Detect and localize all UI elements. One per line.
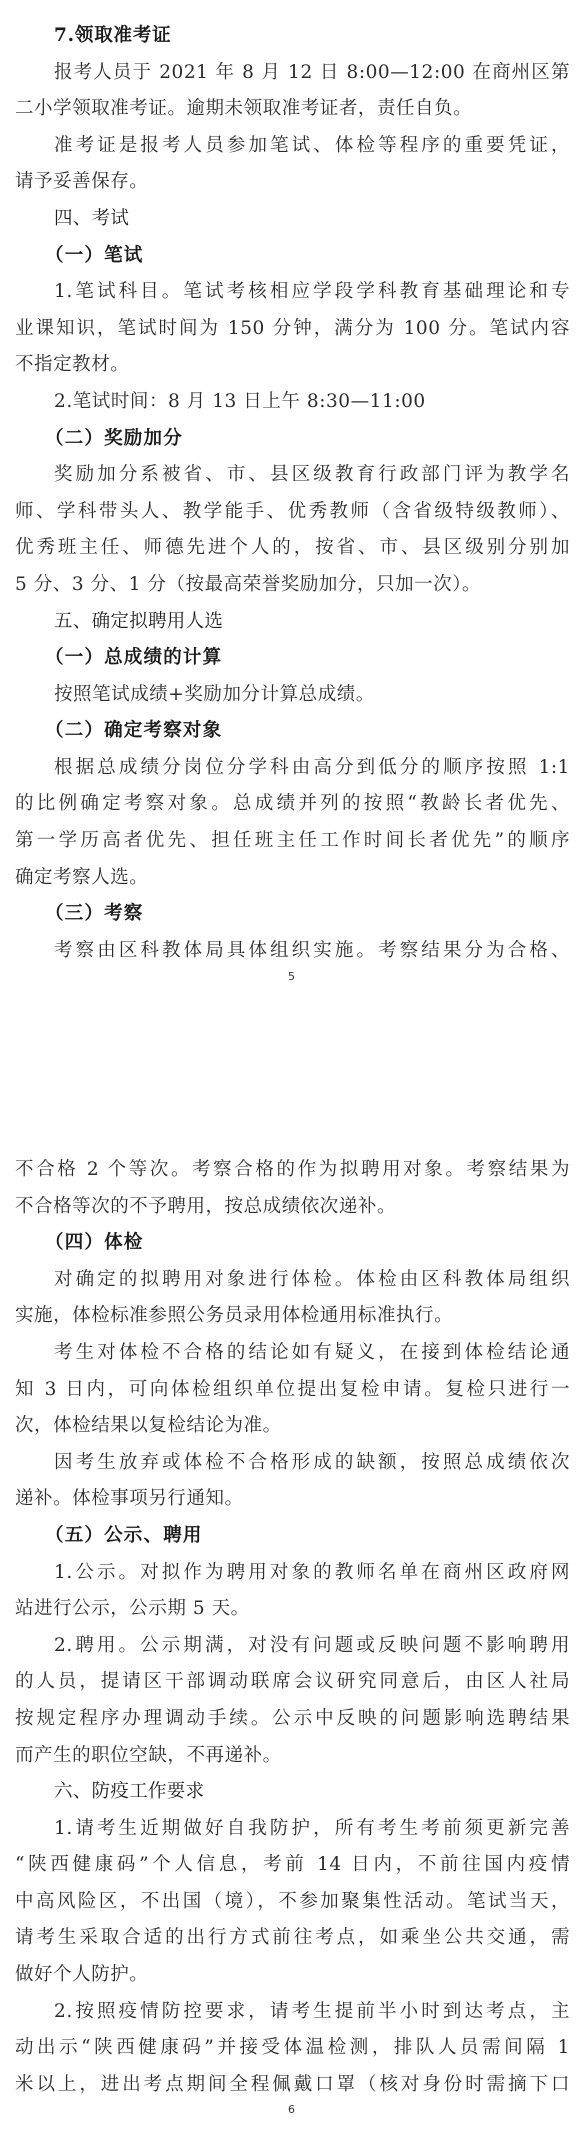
section-heading: 五、确定拟聘用人选 — [15, 604, 570, 641]
paragraph-line: 的比例确定考察对象。总成绩并列的按照“教龄长者优先、 — [15, 786, 570, 823]
section-item-title: 7.领取准考证 — [15, 18, 570, 55]
paragraph-line-first: 2.按照疫情防控要求，请考生提前半小时到达考点，主 — [15, 1994, 570, 2031]
paragraph-line-first: 奖励加分系被省、市、县区级教育行政部门评为教学名 — [15, 457, 570, 494]
paragraph-line-last: 二小学领取准考证。逾期未领取准考证者，责任自负。 — [15, 91, 570, 128]
section-heading: 四、考试 — [15, 201, 570, 238]
paragraph-line-first: 因考生放弃或体检不合格形成的缺额，按照总成绩依次 — [15, 1445, 570, 1482]
paragraph-line: 中高风险区，不出国（境），不参加聚集性活动。笔试当天， — [15, 1884, 570, 1921]
paragraph-line-last: 递补。体检事项另行通知。 — [15, 1481, 570, 1518]
paragraph-line-first: 考生对体检不合格的结论如有疑义，在接到体检结论通 — [15, 1335, 570, 1372]
paragraph-line: 动出示“陕西健康码”并接受体温检测，排队人员需间隔 1 — [15, 2030, 570, 2067]
paragraph-line: 2.笔试时间：8 月 13 日上午 8:30—11:00 — [15, 384, 570, 421]
paragraph-line-first: 准考证是报考人员参加笔试、体检等程序的重要凭证， — [15, 128, 570, 165]
subsection-heading: （四）体检 — [15, 1225, 570, 1262]
paragraph-line-last: 次，体检结果以复检结论为准。 — [15, 1408, 570, 1445]
paragraph-line-last: 请予妥善保存。 — [15, 164, 570, 201]
paragraph-line-last: 实施，体检标准参照公务员录用体检通用标准执行。 — [15, 1298, 570, 1335]
page-number: 6 — [0, 2103, 583, 2116]
paragraph-line: 按照笔试成绩+奖励加分计算总成绩。 — [15, 677, 570, 714]
paragraph-line-first: 2.聘用。公示期满，对没有问题或反映问题不影响聘用 — [15, 1628, 570, 1665]
paragraph-line: 的人员，提请区干部调动联席会议研究同意后，由区人社局 — [15, 1664, 570, 1701]
page-number: 5 — [0, 970, 583, 983]
subsection-heading: （五）公示、聘用 — [15, 1518, 570, 1555]
paragraph-line-first: 考察由区科教体局具体组织实施。考察结果分为合格、 — [15, 933, 570, 970]
subsection-heading: （一）笔试 — [15, 238, 570, 275]
paragraph-line-first: 1.公示。对拟作为聘用对象的教师名单在商州区政府网 — [15, 1555, 570, 1592]
paragraph-line: 请考生采取合适的出行方式前往考点，如乘坐公共交通，需 — [15, 1920, 570, 1957]
subsection-heading: （二）确定考察对象 — [15, 713, 570, 750]
paragraph-line: 优秀班主任、师德先进个人的，按省、市、县区级别分别加 — [15, 530, 570, 567]
subsection-heading: （三）考察 — [15, 896, 570, 933]
subsection-heading: （二）奖励加分 — [15, 421, 570, 458]
paragraph-line-first: 1.请考生近期做好自我防护，所有考生考前须更新完善 — [15, 1811, 570, 1848]
paragraph-line: 按规定程序办理调动手续。公示中反映的问题影响选聘结果 — [15, 1701, 570, 1738]
paragraph-line-last: 而产生的职位空缺，不再递补。 — [15, 1738, 570, 1775]
paragraph-line-last: 站进行公示，公示期 5 天。 — [15, 1591, 570, 1628]
page-content: 不合格 2 个等次。考察合格的作为拟聘用对象。考察结果为不合格等次的不予聘用，按… — [15, 1152, 570, 2103]
paragraph-line: 不合格 2 个等次。考察合格的作为拟聘用对象。考察结果为 — [15, 1152, 570, 1189]
paragraph-line-last: 不合格等次的不予聘用，按总成绩依次递补。 — [15, 1189, 570, 1226]
document-page-6: 不合格 2 个等次。考察合格的作为拟聘用对象。考察结果为不合格等次的不予聘用，按… — [0, 1065, 583, 2130]
paragraph-line: 师、学科带头人、教学能手、优秀教师（含省级特级教师）、 — [15, 494, 570, 531]
paragraph-line: 知 3 日内，可向体检组织单位提出复检申请。复检只进行一 — [15, 1372, 570, 1409]
paragraph-line-last: 做好个人防护。 — [15, 1957, 570, 1994]
paragraph-line: 业课知识，笔试时间为 150 分钟，满分为 100 分。笔试内容 — [15, 311, 570, 348]
section-heading: 六、防疫工作要求 — [15, 1774, 570, 1811]
paragraph-line-last: 5 分、3 分、1 分（按最高荣誉奖励加分，只加一次）。 — [15, 567, 570, 604]
document-page-5: 7.领取准考证报考人员于 2021 年 8 月 12 日 8:00—12:00 … — [0, 0, 583, 1065]
paragraph-line-first: 对确定的拟聘用对象进行体检。体检由区科教体局组织 — [15, 1262, 570, 1299]
paragraph-line-first: 报考人员于 2021 年 8 月 12 日 8:00—12:00 在商州区第 — [15, 55, 570, 92]
paragraph-line-first: 根据总成绩分岗位分学科由高分到低分的顺序按照 1:1 — [15, 750, 570, 787]
page-content: 7.领取准考证报考人员于 2021 年 8 月 12 日 8:00—12:00 … — [15, 18, 570, 969]
paragraph-line: “陕西健康码”个人信息，考前 14 日内，不前往国内疫情 — [15, 1847, 570, 1884]
subsection-heading: （一）总成绩的计算 — [15, 640, 570, 677]
paragraph-line-last: 确定考察人选。 — [15, 860, 570, 897]
paragraph-line: 米以上，进出考点期间全程佩戴口罩（核对身份时需摘下口 — [15, 2067, 570, 2104]
paragraph-line-last: 不指定教材。 — [15, 347, 570, 384]
paragraph-line-first: 1.笔试科目。笔试考核相应学段学科教育基础理论和专 — [15, 274, 570, 311]
paragraph-line: 第一学历高者优先、担任班主任工作时间长者优先”的顺序 — [15, 823, 570, 860]
